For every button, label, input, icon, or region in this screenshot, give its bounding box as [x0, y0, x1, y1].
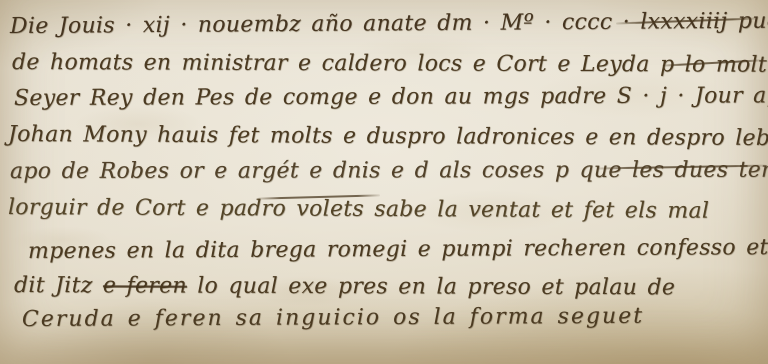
manuscript-line: mpenes en la dita brega romegi e pumpi r… — [28, 233, 768, 267]
manuscript-text: lo qual exe pres en la preso et palau de — [187, 274, 675, 301]
manuscript-line: de homats en ministrar e caldero locs e … — [12, 48, 768, 81]
manuscript-line: dit Jitz e feren lo qual exe pres en la … — [14, 271, 675, 303]
manuscript-line: Seyer Rey den Pes de comge e don au mgs … — [14, 81, 768, 114]
manuscript-page: Die Jouis · xij · nouembz año anate dm ·… — [0, 0, 768, 364]
manuscript-line: Die Jouis · xij · nouembz año anate dm ·… — [10, 6, 768, 42]
manuscript-line: Johan Mony hauis fet molts e duspro ladr… — [8, 120, 768, 154]
manuscript-line: lorguir de Cort e padro volets sabe la v… — [8, 193, 709, 227]
manuscript-line: apo de Robes or e argét e dnis e d als c… — [10, 156, 768, 187]
strikethrough-text: e feren — [103, 273, 187, 298]
manuscript-text: dit Jitz — [14, 273, 103, 298]
manuscript-line: Ceruda e feren sa inguicio os la forma s… — [22, 302, 644, 335]
